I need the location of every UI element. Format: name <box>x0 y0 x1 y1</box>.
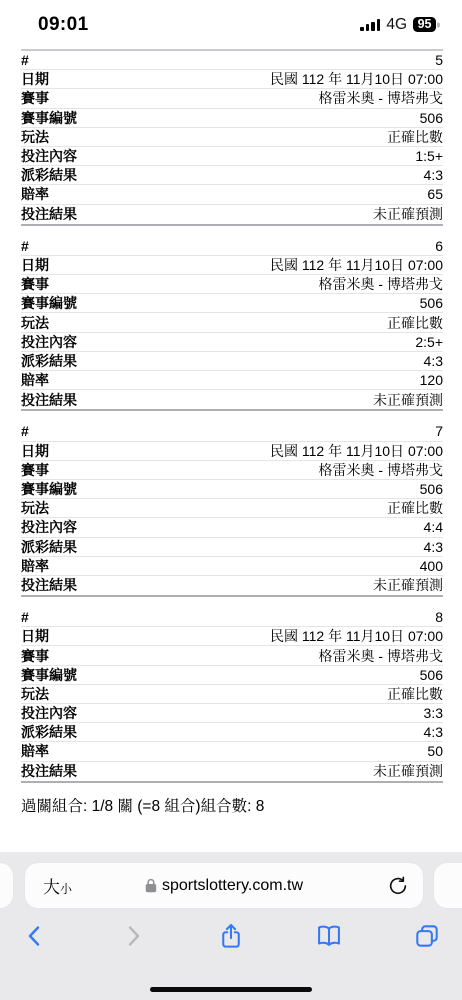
row-label: # <box>21 609 29 625</box>
row-value: 4:3 <box>424 353 443 369</box>
table-row: #7 <box>21 422 443 441</box>
previous-tab-stub[interactable] <box>0 863 13 908</box>
row-label: 投注內容 <box>21 146 77 166</box>
url-text: sportslottery.com.tw <box>162 877 303 895</box>
bet-block: #7 日期民國 112 年 11月10日 07:00 賽事格雷米奧 - 博塔弗戈… <box>21 422 443 597</box>
table-row: 賽事編號506 <box>21 294 443 313</box>
row-label: # <box>21 52 29 68</box>
url-display: sportslottery.com.tw <box>145 877 303 895</box>
book-icon <box>315 922 343 950</box>
table-row: 投注結果未正確預測 <box>21 576 443 595</box>
row-value: 正確比數 <box>387 127 443 147</box>
row-value: 4:3 <box>424 539 443 555</box>
row-label: 派彩結果 <box>21 537 77 557</box>
row-label: 賠率 <box>21 556 49 576</box>
row-value: 8 <box>435 609 443 625</box>
bet-block: #6 日期民國 112 年 11月10日 07:00 賽事格雷米奧 - 博塔弗戈… <box>21 237 443 412</box>
row-value: 民國 112 年 11月10日 07:00 <box>270 255 443 275</box>
row-label: 賽事編號 <box>21 293 77 313</box>
row-label: 派彩結果 <box>21 351 77 371</box>
row-label: 賠率 <box>21 370 49 390</box>
text-size-button[interactable]: 大小 <box>25 873 72 898</box>
table-row: 派彩結果4:3 <box>21 166 443 185</box>
row-label: 投注結果 <box>21 390 77 410</box>
chevron-left-icon <box>22 923 48 949</box>
row-label: 日期 <box>21 441 49 461</box>
row-value: 6 <box>435 238 443 254</box>
row-label: 派彩結果 <box>21 722 77 742</box>
row-label: 投注結果 <box>21 204 77 224</box>
row-value: 格雷米奧 - 博塔弗戈 <box>319 646 443 666</box>
text-size-big-label: 大 <box>43 873 60 898</box>
lock-icon <box>145 878 157 893</box>
row-label: 賽事 <box>21 460 49 480</box>
row-label: 玩法 <box>21 498 49 518</box>
row-value: 5 <box>435 52 443 68</box>
row-value: 正確比數 <box>387 498 443 518</box>
row-label: # <box>21 238 29 254</box>
row-label: 投注內容 <box>21 703 77 723</box>
table-row: #8 <box>21 608 443 627</box>
table-row: 賠率400 <box>21 557 443 576</box>
table-row: 日期民國 112 年 11月10日 07:00 <box>21 70 443 89</box>
table-row: 日期民國 112 年 11月10日 07:00 <box>21 442 443 461</box>
share-icon <box>217 922 245 950</box>
row-label: 賽事 <box>21 88 49 108</box>
row-label: 賽事編號 <box>21 108 77 128</box>
row-value: 506 <box>420 110 443 126</box>
row-value: 未正確預測 <box>373 204 443 224</box>
row-label: 派彩結果 <box>21 165 77 185</box>
next-tab-stub[interactable] <box>434 863 462 908</box>
table-row: 玩法正確比數 <box>21 313 443 332</box>
table-row: 玩法正確比數 <box>21 128 443 147</box>
chevron-right-icon <box>120 923 146 949</box>
table-row: 派彩結果4:3 <box>21 538 443 557</box>
row-value: 4:3 <box>424 724 443 740</box>
battery-icon: 95 <box>413 17 436 32</box>
row-value: 格雷米奧 - 博塔弗戈 <box>319 460 443 480</box>
row-value: 506 <box>420 481 443 497</box>
reload-button[interactable] <box>387 875 423 897</box>
row-value: 民國 112 年 11月10日 07:00 <box>270 441 443 461</box>
table-row: 玩法正確比數 <box>21 499 443 518</box>
row-label: 賽事編號 <box>21 479 77 499</box>
network-type-label: 4G <box>386 16 407 34</box>
row-value: 3:3 <box>424 705 443 721</box>
table-row: 賽事格雷米奧 - 博塔弗戈 <box>21 275 443 294</box>
row-label: 賽事 <box>21 646 49 666</box>
row-value: 400 <box>420 558 443 574</box>
row-value: 4:4 <box>424 519 443 535</box>
table-row: 賽事編號506 <box>21 666 443 685</box>
row-value: 4:3 <box>424 167 443 183</box>
row-value: 正確比數 <box>387 684 443 704</box>
table-row: 賽事編號506 <box>21 109 443 128</box>
forward-button[interactable] <box>111 917 155 955</box>
table-row: 賠率120 <box>21 371 443 390</box>
row-label: 賽事 <box>21 274 49 294</box>
bet-history-page: #5 日期民國 112 年 11月10日 07:00 賽事格雷米奧 - 博塔弗戈… <box>0 47 462 852</box>
signal-bars-icon <box>360 18 380 31</box>
status-time: 09:01 <box>38 14 89 36</box>
row-value: 格雷米奧 - 博塔弗戈 <box>319 88 443 108</box>
row-label: # <box>21 423 29 439</box>
table-row: 派彩結果4:3 <box>21 723 443 742</box>
table-row: 投注結果未正確預測 <box>21 390 443 409</box>
row-label: 玩法 <box>21 684 49 704</box>
row-label: 賠率 <box>21 184 49 204</box>
row-value: 正確比數 <box>387 313 443 333</box>
row-value: 120 <box>420 372 443 388</box>
row-value: 1:5+ <box>415 148 443 164</box>
table-row: 賠率50 <box>21 742 443 761</box>
table-row: #6 <box>21 237 443 256</box>
table-row: 投注內容2:5+ <box>21 333 443 352</box>
table-row: 賽事編號506 <box>21 480 443 499</box>
row-value: 民國 112 年 11月10日 07:00 <box>270 69 443 89</box>
table-row: 投注內容4:4 <box>21 518 443 537</box>
row-label: 投注內容 <box>21 332 77 352</box>
home-indicator[interactable] <box>150 987 312 992</box>
table-row: 賠率65 <box>21 185 443 204</box>
row-value: 2:5+ <box>415 334 443 350</box>
text-size-small-label: 小 <box>60 880 72 897</box>
row-label: 投注結果 <box>21 761 77 781</box>
reload-icon <box>387 875 409 897</box>
table-row: 賽事格雷米奧 - 博塔弗戈 <box>21 646 443 665</box>
row-label: 玩法 <box>21 127 49 147</box>
table-row: 投注結果未正確預測 <box>21 762 443 781</box>
row-label: 投注結果 <box>21 575 77 595</box>
row-value: 未正確預測 <box>373 575 443 595</box>
table-row: 派彩結果4:3 <box>21 352 443 371</box>
bet-block: #5 日期民國 112 年 11月10日 07:00 賽事格雷米奧 - 博塔弗戈… <box>21 49 443 226</box>
table-row: 投注結果未正確預測 <box>21 205 443 224</box>
row-value: 506 <box>420 667 443 683</box>
table-row: 玩法正確比數 <box>21 685 443 704</box>
row-label: 投注內容 <box>21 517 77 537</box>
bet-block: #8 日期民國 112 年 11月10日 07:00 賽事格雷米奧 - 博塔弗戈… <box>21 608 443 783</box>
row-value: 民國 112 年 11月10日 07:00 <box>270 626 443 646</box>
row-value: 格雷米奧 - 博塔弗戈 <box>319 274 443 294</box>
tabs-icon <box>413 922 441 950</box>
row-label: 日期 <box>21 626 49 646</box>
address-bar[interactable]: 大小 sportslottery.com.tw <box>25 863 423 908</box>
status-indicators: 4G 95 <box>360 16 436 34</box>
row-value: 50 <box>427 743 443 759</box>
bookmarks-button[interactable] <box>307 917 351 955</box>
table-row: 賽事格雷米奧 - 博塔弗戈 <box>21 89 443 108</box>
row-label: 賽事編號 <box>21 665 77 685</box>
table-row: 賽事格雷米奧 - 博塔弗戈 <box>21 461 443 480</box>
row-value: 未正確預測 <box>373 761 443 781</box>
row-value: 65 <box>427 186 443 202</box>
address-bar-row: 大小 sportslottery.com.tw <box>0 863 462 908</box>
table-row: 投注內容3:3 <box>21 704 443 723</box>
share-button[interactable] <box>209 917 253 955</box>
row-label: 賠率 <box>21 741 49 761</box>
row-label: 日期 <box>21 69 49 89</box>
table-row: #5 <box>21 51 443 70</box>
back-button[interactable] <box>13 917 57 955</box>
parlay-summary: 過關組合: 1/8 關 (=8 組合)組合數: 8 <box>21 794 443 816</box>
table-row: 日期民國 112 年 11月10日 07:00 <box>21 256 443 275</box>
row-label: 日期 <box>21 255 49 275</box>
row-value: 未正確預測 <box>373 390 443 410</box>
safari-bottom-chrome: 大小 sportslottery.com.tw <box>0 852 462 1000</box>
row-value: 506 <box>420 295 443 311</box>
tabs-button[interactable] <box>405 917 449 955</box>
status-bar: 09:01 4G 95 <box>0 0 462 47</box>
row-label: 玩法 <box>21 313 49 333</box>
row-value: 7 <box>435 423 443 439</box>
iphone-screen: 09:01 4G 95 #5 日期民國 112 年 11月10日 07:00 賽… <box>0 0 462 1000</box>
safari-toolbar <box>0 917 462 955</box>
table-row: 投注內容1:5+ <box>21 147 443 166</box>
table-row: 日期民國 112 年 11月10日 07:00 <box>21 627 443 646</box>
